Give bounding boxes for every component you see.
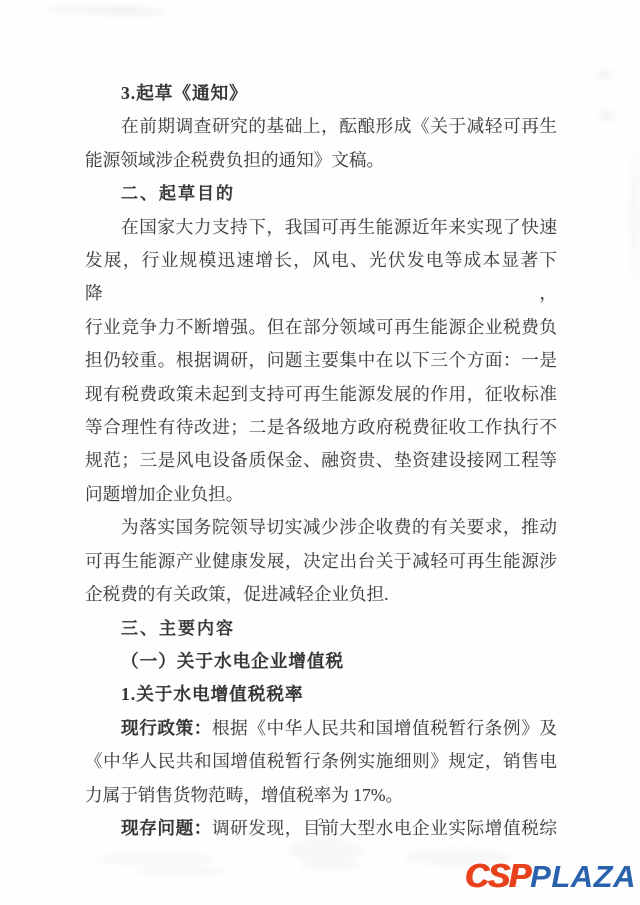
document-line: 为落实国务院领导切实减少涉企收费的有关要求，推动 [85,511,557,544]
document-body: 3.起草《通知》在前期调查研究的基础上，酝酿形成《关于减轻可再生能源领域涉企税费… [85,77,557,845]
document-line: 发展，行业规模迅速增长，风电、光伏发电等成本显著下降， [85,244,557,311]
document-line: 现行政策：根据《中华人民共和国增值税暂行条例》及 [85,712,557,745]
scan-artifact [135,866,225,876]
scan-artifact [300,858,362,872]
document-line: 企税费的有关政策，促进减轻企业负担. [85,578,557,611]
scan-artifact [630,150,639,280]
document-line: 行业竞争力不断增强。但在部分领域可再生能源企业税费负 [85,311,557,344]
document-line: 3.起草《通知》 [85,77,557,110]
document-line: 等合理性有待改进；二是各级地方政府税费征收工作执行不 [85,411,557,444]
logo-csp-text: CSP [465,857,530,894]
scan-artifact [95,853,215,865]
document-line: 能源领域涉企税费负担的通知》文稿。 [85,144,557,177]
document-line: 可再生能源产业健康发展，决定出台关于减轻可再生能源涉 [85,545,557,578]
document-page: 3.起草《通知》在前期调查研究的基础上，酝酿形成《关于减轻可再生能源领域涉企税费… [0,0,640,905]
document-line: 现有税费政策未起到支持可再生能源发展的作用，征收标准 [85,378,557,411]
document-line: 三、主要内容 [85,612,557,645]
document-line: 担仍较重。根据调研，问题主要集中在以下三个方面：一是 [85,344,557,377]
document-line: 在前期调查研究的基础上，酝酿形成《关于减轻可再生 [85,110,557,143]
document-line: 在国家大力支持下，我国可再生能源近年来实现了快速 [85,211,557,244]
scan-artifact [596,70,614,79]
document-line: 力属于销售货物范畴，增值税率为 17%。 [85,779,557,812]
csp-plaza-logo: CSPPLAZA [465,860,636,899]
document-line: 二、起草目的 [85,177,557,210]
scan-artifact [105,9,165,16]
document-line: 《中华人民共和国增值税暂行条例实施细则》规定，销售电 [85,745,557,778]
document-line: （一）关于水电企业增值税 [85,645,557,678]
document-line: 1.关于水电增值税税率 [85,678,557,711]
scan-artifact [599,110,614,121]
document-line: 规范；三是风电设备质保金、融资贵、垫资建设接网工程等 [85,444,557,477]
document-line: 问题增加企业负担。 [85,478,557,511]
page-number: 2 [85,815,557,830]
logo-plaza-text: PLAZA [530,859,636,894]
line-bold-prefix: 现行政策： [121,718,212,738]
